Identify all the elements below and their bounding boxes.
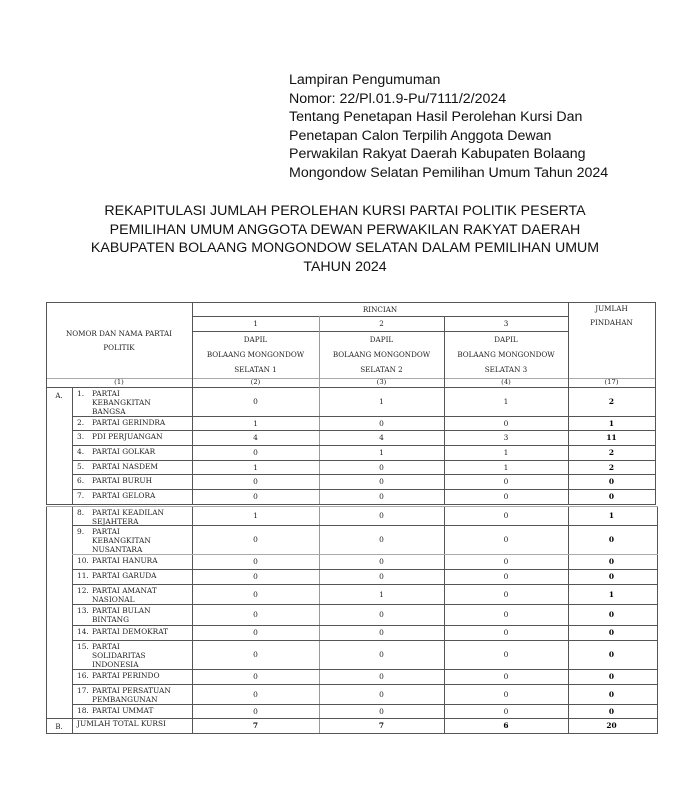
party-name-text: PARTAI GOLKAR [92,447,155,456]
column-index: (4) [444,378,568,387]
seat-count-dapil-2: 1 [319,445,444,460]
section-label: B. [46,718,72,733]
seat-count-dapil-3: 1 [444,387,568,416]
party-name: 4.PARTAI GOLKAR [77,447,191,460]
party-name: 18.PARTAI UMMAT [77,706,191,718]
seat-count-dapil-3: 1 [444,445,568,460]
party-number: 7. [77,491,92,500]
seat-count-dapil-3: 0 [444,569,568,584]
grid-line [568,506,569,733]
seat-count-total: 0 [568,704,655,718]
rincian-header: RINCIAN [192,302,568,316]
seat-count-total: 0 [568,669,655,684]
section-label: A. [46,387,72,405]
seat-count-dapil-1: 0 [192,569,319,584]
seat-count-dapil-2: 0 [319,640,444,669]
seat-count-dapil-2: 0 [319,604,444,625]
seat-count-dapil-2: 1 [319,387,444,416]
grand-total: 20 [568,718,655,733]
party-number: 18. [77,706,92,715]
party-name: 13.PARTAI BULANBINTANG [77,606,191,625]
seat-count-dapil-1: 0 [192,625,319,640]
grid-line [72,554,658,555]
party-number: 12. [77,586,92,595]
dapil-header-line: BOLAANG MONGONDOW [333,347,430,362]
party-name-text: PARTAIKEBANGKITANBANGSA [92,389,151,416]
dapil-number: 2 [319,316,444,331]
total-row-label: JUMLAH TOTAL KURSI [77,718,191,728]
grid-line [72,460,656,461]
party-name-text: PARTAI GARUDA [92,571,157,580]
party-name: 15.PARTAISOLIDARITASINDONESIA [77,642,191,669]
party-name: 11.PARTAI GARUDA [77,571,191,584]
grid-line [444,316,445,504]
dapil-header: DAPIL BOLAANG MONGONDOW SELATAN 2 [319,331,444,378]
party-number: 1. [77,389,92,398]
party-column-header-line: POLITIK [103,343,134,352]
seat-count-dapil-2: 0 [319,460,444,474]
party-name-text: PARTAI BURUH [92,476,152,485]
seat-count-dapil-1: 0 [192,704,319,718]
seat-count-dapil-3: 1 [444,460,568,474]
grid-line [72,416,656,417]
total-dapil-1: 7 [192,718,319,733]
dapil-header-line: SELATAN 2 [360,362,402,377]
party-name: 7.PARTAI GELORA [77,491,191,504]
party-name-text: PARTAI KEADILANSEJAHTERA [92,508,164,526]
seat-count-dapil-2: 0 [319,625,444,640]
dapil-number: 1 [192,316,319,331]
grid-line [72,640,658,641]
grid-line [192,506,193,733]
seat-count-dapil-3: 0 [444,489,568,504]
total-column-header: JUMLAH PINDAHAN [568,302,655,330]
dapil-header: DAPIL BOLAANG MONGONDOW SELATAN 3 [444,331,568,378]
grid-line [46,504,656,505]
seat-count-dapil-2: 0 [319,669,444,684]
seat-count-dapil-1: 0 [192,669,319,684]
party-name-text: PARTAI PERSATUANPEMBANGUNAN [92,686,171,704]
grid-line [72,569,658,570]
party-name: 1.PARTAIKEBANGKITANBANGSA [77,389,191,416]
total-dapil-3: 6 [444,718,568,733]
seat-count-total: 0 [568,525,655,554]
seat-count-total: 0 [568,569,655,584]
seat-count-dapil-2: 0 [319,506,444,525]
party-name: 6.PARTAI BURUH [77,476,191,489]
party-number: 8. [77,508,92,517]
seat-count-dapil-2: 0 [319,569,444,584]
party-name-text: PDI PERJUANGAN [92,432,163,441]
party-name: 3.PDI PERJUANGAN [77,432,191,445]
grid-line [72,525,658,526]
seat-count-total: 0 [568,640,655,669]
grid-line [319,316,320,504]
party-number: 2. [77,418,92,427]
party-number: 6. [77,476,92,485]
party-name: 9.PARTAIKEBANGKITANNUSANTARA [77,527,191,554]
grid-line [72,430,656,431]
seat-count-dapil-2: 0 [319,525,444,554]
seat-count-total: 0 [568,625,655,640]
total-dapil-2: 7 [319,718,444,733]
grid-line [192,316,569,317]
seat-count-total: 0 [568,554,655,569]
party-number: 3. [77,432,92,441]
party-number: 15. [77,642,92,651]
seat-count-dapil-1: 1 [192,416,319,430]
seat-count-dapil-2: 0 [319,554,444,569]
seat-count-dapil-1: 0 [192,554,319,569]
party-number: 4. [77,447,92,456]
seat-recap-table: NOMOR DAN NAMA PARTAI POLITIK RINCIAN JU… [0,0,691,799]
seat-count-dapil-1: 0 [192,640,319,669]
seat-count-dapil-3: 0 [444,604,568,625]
grid-line [46,506,658,507]
seat-count-total: 1 [568,506,655,525]
grid-line [72,704,658,705]
party-name: 2.PARTAI GERINDRA [77,418,191,430]
seat-count-dapil-3: 0 [444,525,568,554]
seat-count-total: 0 [568,604,655,625]
party-column-header-line: NOMOR DAN NAMA PARTAI [66,329,172,338]
party-number: 16. [77,671,92,680]
seat-count-dapil-2: 0 [319,704,444,718]
seat-count-dapil-2: 0 [319,684,444,704]
grid-line [46,506,47,733]
grid-line [72,669,658,670]
grid-line [657,506,658,733]
dapil-header-line: BOLAANG MONGONDOW [207,347,304,362]
dapil-header-line: DAPIL [494,332,517,347]
party-name: 16.PARTAI PERINDO [77,671,191,684]
dapil-header-line: BOLAANG MONGONDOW [457,347,554,362]
party-name-text: PARTAI NASDEM [92,462,158,471]
party-name: 14.PARTAI DEMOKRAT [77,627,191,640]
seat-count-dapil-2: 4 [319,430,444,445]
party-name-text: PARTAI DEMOKRAT [92,627,168,636]
grid-line [46,718,658,719]
party-name: 10.PARTAI HANURA [77,556,191,569]
seat-count-total: 1 [568,584,655,604]
seat-count-dapil-1: 0 [192,584,319,604]
seat-count-total: 11 [568,430,655,445]
seat-count-total: 1 [568,416,655,430]
grid-line [444,506,445,733]
seat-count-dapil-3: 0 [444,704,568,718]
seat-count-dapil-2: 0 [319,489,444,504]
grid-line [46,302,47,504]
seat-count-dapil-1: 0 [192,604,319,625]
seat-count-dapil-3: 0 [444,584,568,604]
seat-count-dapil-3: 0 [444,554,568,569]
column-index: (1) [46,378,192,387]
column-index: (17) [568,378,655,387]
party-name-text: PARTAI GELORA [92,491,155,500]
seat-count-total: 2 [568,445,655,460]
party-number: 10. [77,556,92,565]
seat-count-dapil-3: 0 [444,669,568,684]
party-name-text: PARTAISOLIDARITASINDONESIA [92,642,146,669]
party-name-text: PARTAI PERINDO [92,671,160,680]
grid-line [72,684,658,685]
party-column-header: NOMOR DAN NAMA PARTAI POLITIK [46,302,192,378]
seat-count-dapil-1: 0 [192,474,319,489]
grid-line [46,378,656,379]
seat-count-dapil-2: 1 [319,584,444,604]
dapil-header: DAPIL BOLAANG MONGONDOW SELATAN 1 [192,331,319,378]
seat-count-dapil-1: 0 [192,525,319,554]
column-index: (3) [319,378,444,387]
grid-line [319,506,320,733]
grid-line [46,387,656,388]
seat-count-dapil-1: 1 [192,506,319,525]
grid-line [46,302,656,303]
party-number: 5. [77,462,92,471]
seat-count-dapil-3: 0 [444,684,568,704]
party-name: 17.PARTAI PERSATUANPEMBANGUNAN [77,686,191,704]
grid-line [72,584,658,585]
seat-count-total: 2 [568,460,655,474]
seat-count-dapil-2: 0 [319,416,444,430]
seat-count-dapil-3: 0 [444,625,568,640]
seat-count-dapil-1: 4 [192,430,319,445]
grid-line [72,474,656,475]
party-number: 11. [77,571,92,580]
seat-count-dapil-3: 0 [444,506,568,525]
seat-count-dapil-1: 1 [192,460,319,474]
seat-count-total: 0 [568,489,655,504]
seat-count-total: 2 [568,387,655,416]
dapil-header-line: SELATAN 1 [234,362,276,377]
grid-line [72,625,658,626]
seat-count-dapil-1: 0 [192,445,319,460]
dapil-header-line: SELATAN 3 [485,362,527,377]
grid-line [72,445,656,446]
party-name-text: PARTAI UMMAT [92,706,153,715]
seat-count-dapil-2: 0 [319,474,444,489]
party-name-text: PARTAI BULANBINTANG [92,606,151,624]
party-number: 14. [77,627,92,636]
column-index: (2) [192,378,319,387]
party-name-text: PARTAI HANURA [92,556,158,565]
grid-line [192,331,569,332]
seat-count-total: 0 [568,474,655,489]
grid-line [72,506,73,733]
party-name-text: PARTAI AMANATNASIONAL [92,586,157,604]
seat-count-dapil-3: 0 [444,474,568,489]
grid-line [46,733,658,734]
party-number: 9. [77,527,92,536]
dapil-header-line: DAPIL [244,332,267,347]
seat-count-dapil-3: 3 [444,430,568,445]
dapil-number: 3 [444,316,568,331]
party-name-text: PARTAIKEBANGKITANNUSANTARA [92,527,151,554]
total-column-header-line: PINDAHAN [590,318,633,327]
grid-line [72,604,658,605]
seat-count-total: 0 [568,684,655,704]
party-number: 13. [77,606,92,615]
party-name: 12.PARTAI AMANATNASIONAL [77,586,191,604]
dapil-header-line: DAPIL [370,332,393,347]
party-name: 5.PARTAI NASDEM [77,462,191,474]
seat-count-dapil-3: 0 [444,416,568,430]
party-name: 8.PARTAI KEADILANSEJAHTERA [77,508,191,525]
seat-count-dapil-1: 0 [192,387,319,416]
seat-count-dapil-1: 0 [192,684,319,704]
grid-line [72,489,656,490]
seat-count-dapil-1: 0 [192,489,319,504]
total-column-header-line: JUMLAH [595,304,628,313]
party-name-text: PARTAI GERINDRA [92,418,165,427]
seat-count-dapil-3: 0 [444,640,568,669]
party-number: 17. [77,686,92,695]
